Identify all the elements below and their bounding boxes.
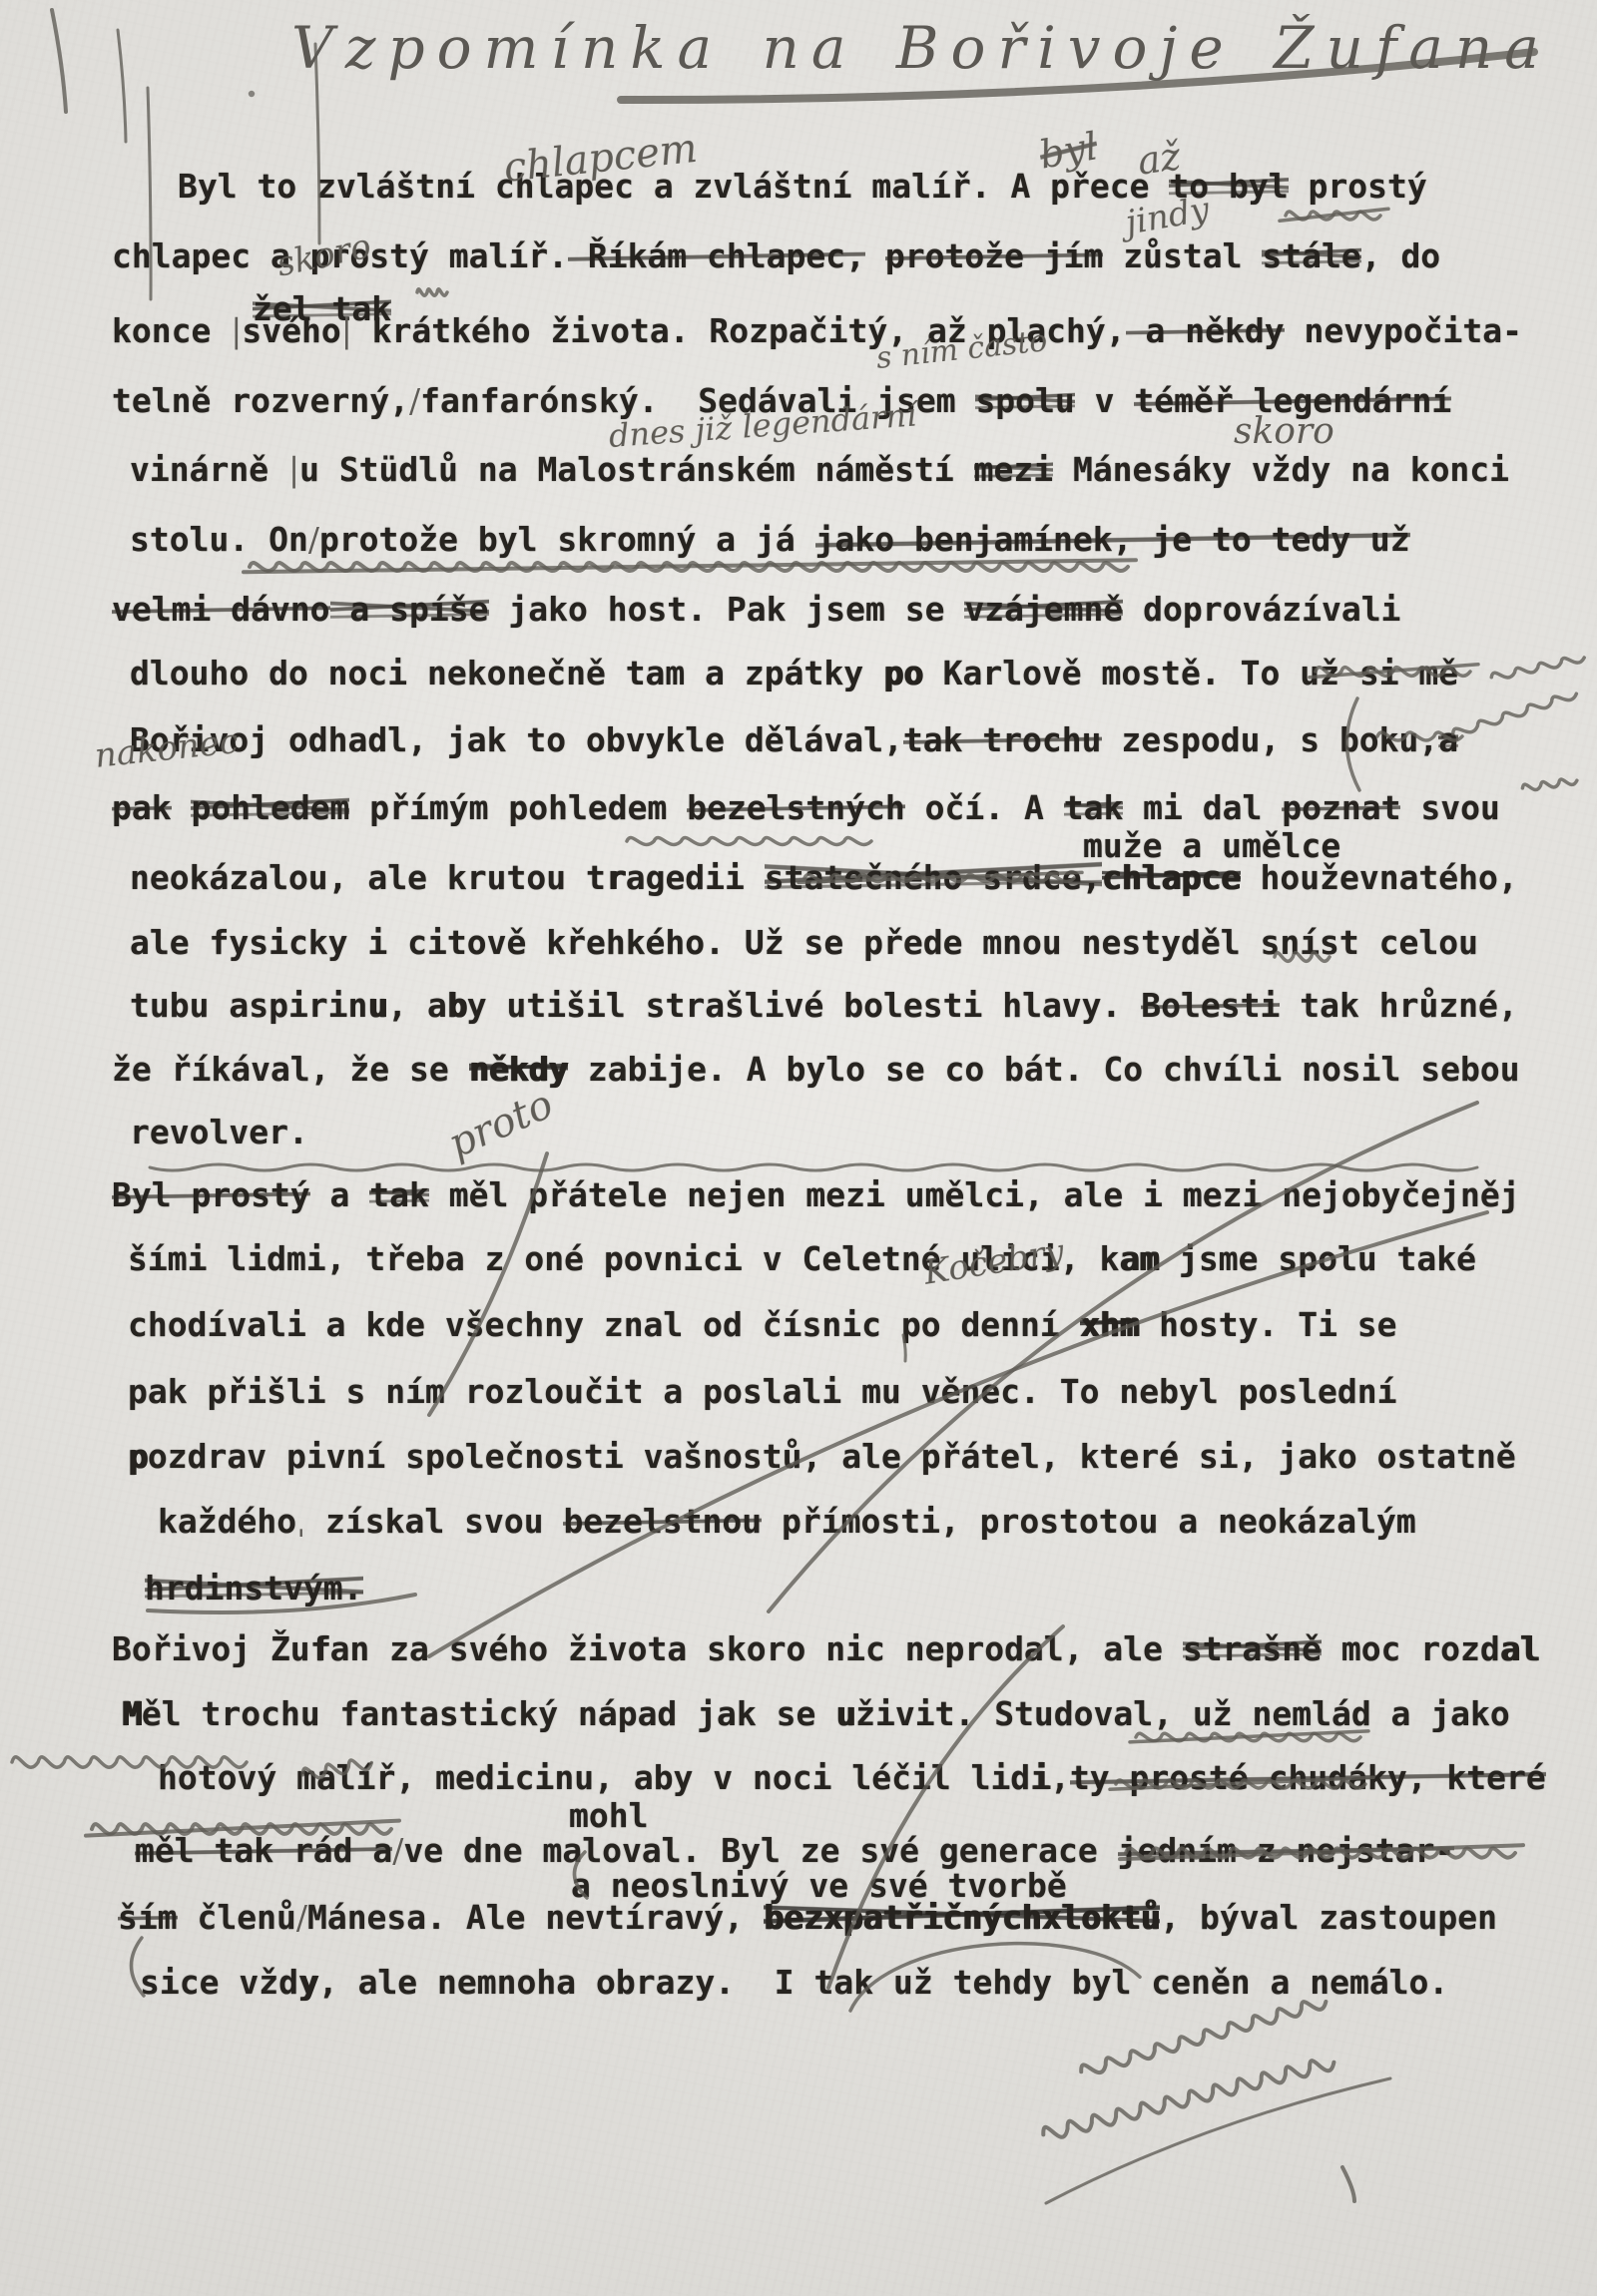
typed-line: mohl [569, 1797, 648, 1835]
pencil-stroke [52, 10, 66, 112]
typed-text: , do [1361, 237, 1440, 275]
typed-text: jsme spolu také [1159, 1240, 1476, 1278]
edited-typed-text: / [308, 521, 319, 559]
typed-text: tubu aspirin [130, 987, 367, 1025]
edited-typed-text: bezelstnou [563, 1503, 762, 1541]
edited-typed-text: někdy [469, 1051, 568, 1089]
typed-line: šími lidmi, třeba z oné povnici v Celetn… [128, 1240, 1476, 1278]
handwritten-scrawl [1451, 689, 1577, 737]
typed-text: a [310, 1176, 370, 1214]
typed-text: doprovázívali [1123, 591, 1400, 629]
edited-typed-text: strašně [1183, 1630, 1322, 1668]
edited-typed-text: protože jím [885, 237, 1104, 275]
typed-text: ěl trochu fantastický nápad jak se [142, 1695, 835, 1733]
pencil-stroke [1046, 2078, 1390, 2203]
typed-text: jako host. Pak jsem se [489, 591, 965, 629]
edited-typed-text: u [835, 1695, 855, 1733]
pencil-stroke [118, 30, 126, 142]
handwritten-scrawl [1136, 1733, 1360, 1741]
typed-text: telně rozverný, [112, 382, 409, 420]
typed-text: , ale nemnoha obrazy. I tak už tehdy byl… [318, 1964, 1448, 2002]
typed-text: získal svou [305, 1503, 563, 1541]
edited-typed-text: am [1119, 1240, 1159, 1278]
typed-line: Bořivoj Žufan za svého života skoro nic … [112, 1630, 1540, 1668]
edited-typed-text: pak [112, 789, 172, 827]
typed-text [865, 237, 885, 275]
typed-text: Mánesáky vždy na konci [1053, 451, 1509, 489]
edited-typed-text: měl tak rád a [135, 1832, 392, 1870]
pencil-dot [249, 91, 255, 97]
edited-typed-text: poznat [1282, 789, 1400, 827]
typed-line: Byl prostý a tak měl přátele nejen mezi … [112, 1176, 1520, 1214]
handwritten-scrawl [1042, 2056, 1335, 2141]
typed-line: chodívali a kde všechny znal od čísnic p… [128, 1306, 1397, 1344]
typed-text: Bořivoj odhadl, jak to obvykle dělával, [130, 721, 903, 759]
handwritten-scrawl [1491, 654, 1585, 681]
edited-typed-text: ším [118, 1899, 178, 1937]
typed-text: , a [387, 987, 447, 1025]
edited-typed-text: r [606, 859, 626, 897]
edited-typed-text: / [392, 1832, 403, 1870]
handwritten-annotation: skoro [273, 227, 374, 285]
typed-text: ve dne maloval. Byl ze své generace [403, 1832, 1117, 1870]
typed-text: živit. Studoval, už nemlád a jako [855, 1695, 1510, 1733]
edited-typed-text: al [1500, 1630, 1540, 1668]
pencil-strike [1280, 209, 1388, 221]
edited-typed-text: / [296, 1899, 307, 1937]
edited-typed-text: bezelstných [687, 789, 905, 827]
typed-text: zabije. A bylo se co bát. Co chvíli nosi… [568, 1051, 1520, 1089]
typed-text: ozdrav pivní společnosti vašnostů, ale p… [148, 1438, 1516, 1476]
edited-typed-text: jedním z nejstar- [1118, 1832, 1455, 1870]
edited-typed-text: Říkám chlapec, [568, 237, 865, 275]
typed-text: svou [1400, 789, 1499, 827]
typed-line: revolver. [130, 1114, 308, 1151]
typed-line: že říkával, že se někdy zabije. A bylo s… [112, 1051, 1520, 1089]
typed-text: neokázalou, ale krutou t [130, 859, 606, 897]
edited-typed-text: a někdy [1126, 312, 1285, 350]
typed-text: očí. A [905, 789, 1064, 827]
typed-text: svého [242, 312, 340, 350]
typed-text: an za svého života skoro nic neprodal, a… [330, 1630, 1183, 1668]
handwritten-scrawl [1080, 1996, 1328, 2077]
typed-text: chodívali a kde všechny znal od čísnic p… [128, 1306, 1080, 1344]
edited-typed-text: M [122, 1695, 142, 1733]
edited-typed-text: bezxpatřičnýchxloktů [764, 1899, 1160, 1937]
pencil-strike [244, 560, 1136, 572]
typed-text: agedii [626, 859, 765, 897]
typed-text: moc rozd [1322, 1630, 1500, 1668]
page-title-handwritten: Vzpomínka na Bořivoje Žufana [291, 14, 1551, 82]
pencil-strike-wavy [150, 1164, 1477, 1170]
typed-text: tak hrůzné, [1280, 987, 1517, 1025]
handwritten-annotation: skoro [1234, 411, 1334, 452]
typed-text: stolu. On [130, 521, 308, 559]
typed-line: Měl trochu fantastický nápad jak se uživ… [122, 1695, 1510, 1733]
typed-text: měl přátele nejen mezi umělci, ale i mez… [429, 1176, 1520, 1214]
edited-typed-text: jako benjamínek, je to tedy už [815, 521, 1410, 559]
edited-typed-text: tak trochu [903, 721, 1102, 759]
edited-typed-text: a [1438, 721, 1458, 759]
typed-text: Bořivoj Žu [112, 1630, 310, 1668]
edited-typed-text: po [883, 655, 923, 692]
edited-typed-text: vzájemně [964, 591, 1123, 629]
handwritten-annotation: proto [442, 1082, 560, 1167]
edited-typed-text: spolu [975, 382, 1074, 420]
typed-text: , býval zastoupen [1160, 1899, 1497, 1937]
typed-text: Karlově mostě. To už si mě [923, 655, 1458, 692]
typed-text: pak přišli s ním rozloučit a poslali mu … [128, 1373, 1397, 1411]
edited-typed-text: Byl prostý [112, 1176, 310, 1214]
typed-text: hosty. Ti se [1139, 1306, 1396, 1344]
edited-typed-text: stále [1262, 237, 1360, 275]
handwritten-scrawl [1522, 777, 1577, 792]
typed-text: vinárně [130, 451, 288, 489]
edited-typed-text: i [1030, 1759, 1050, 1797]
typed-text: dlouho do noci nekonečně tam a zpátky [130, 655, 883, 692]
edited-typed-text: b [447, 987, 467, 1025]
typed-line: sice vždy, ale nemnoha obrazy. I tak už … [140, 1964, 1448, 2002]
pencil-stroke [1342, 2167, 1354, 2201]
edited-typed-text: y [298, 1964, 318, 2002]
edited-typed-text: | [341, 312, 352, 350]
typed-line: vinárně |u Stüdlů na Malostránském náměs… [130, 451, 1509, 489]
typed-line: hrdinstvým. [145, 1570, 363, 1607]
typed-text: , [1050, 1759, 1070, 1797]
typed-line: Byl to zvláštní chlapec a zvláštní malíř… [178, 168, 1427, 206]
typed-text: houževnatého, [1241, 859, 1518, 897]
typed-text [172, 789, 192, 827]
typed-text: nevypočita- [1285, 312, 1522, 350]
typed-line: hotový malíř, medicinu, aby v noci léčil… [158, 1759, 1546, 1797]
typed-text: v [1075, 382, 1135, 420]
edited-typed-text: hrdinstvým. [145, 1570, 363, 1607]
edited-typed-text: ˌ [296, 1503, 305, 1541]
typed-text: mohl [569, 1797, 648, 1835]
typed-text: zůstal [1103, 237, 1262, 275]
typed-line: každéhoˌ získal svou bezelstnou přímosti… [158, 1503, 1416, 1541]
edited-typed-text: velmi dávno [112, 591, 330, 629]
edited-typed-text: tak [369, 1176, 429, 1214]
edited-typed-text: statečného srdce, [765, 859, 1102, 897]
typed-text: prostý [1289, 168, 1427, 206]
edited-typed-text: xhm [1080, 1306, 1140, 1344]
edited-typed-text: / [409, 382, 420, 420]
typed-text: přímým pohledem [349, 789, 687, 827]
typed-text: konce [112, 312, 231, 350]
typed-text: mi dal [1123, 789, 1282, 827]
typed-line: stolu. On/protože byl skromný a já jako … [130, 521, 1410, 559]
typed-text: hotový malíř, medicinu, aby v noci léčil… [158, 1759, 1030, 1797]
typed-line: neokázalou, ale krutou tragedii statečné… [130, 859, 1518, 897]
typed-text: Mánesa. Ale nevtíravý, [307, 1899, 764, 1937]
typed-line: pozdrav pivní společnosti vašnostů, ale … [128, 1438, 1516, 1476]
manuscript-page: Vzpomínka na Bořivoje Žufana Byl to zvlá… [0, 0, 1597, 2296]
edited-typed-text: pohledem [191, 789, 349, 827]
handwritten-scrawl [627, 838, 871, 845]
handwritten-scrawl [250, 563, 1128, 571]
typed-text: u Stüdlů na Malostránském náměstí [299, 451, 974, 489]
edited-typed-text: f [310, 1630, 330, 1668]
edited-typed-text: Bolesti [1141, 987, 1280, 1025]
typed-line: velmi dávno a spíše jako host. Pak jsem … [112, 591, 1400, 629]
handwritten-scrawl [1286, 212, 1380, 220]
handwritten-annotation: nakonec [93, 721, 241, 776]
handwritten-annotation: až [1135, 134, 1183, 184]
typed-line: pak pohledem přímým pohledem bezelstných… [112, 789, 1500, 827]
typed-line: Bořivoj odhadl, jak to obvykle dělával,t… [130, 721, 1458, 759]
edited-typed-text: tak [1064, 789, 1124, 827]
edited-typed-text: p [128, 1438, 148, 1476]
typed-text: y utišil strašlivé bolesti hlavy. [467, 987, 1142, 1025]
typed-line: ším členů/Mánesa. Ale nevtíravý, bezxpat… [118, 1899, 1497, 1937]
handwritten-scrawl [417, 289, 447, 295]
typed-text: protože byl skromný a já [319, 521, 815, 559]
typed-text: že říkával, že se [112, 1051, 469, 1089]
typed-text: každého [158, 1503, 296, 1541]
typed-line: tubu aspirinu, aby utišil strašlivé bole… [130, 987, 1518, 1025]
edited-typed-text: | [231, 312, 242, 350]
typed-line: pak přišli s ním rozloučit a poslali mu … [128, 1373, 1397, 1411]
typed-text: přímosti, prostotou a neokázalým [762, 1503, 1416, 1541]
edited-typed-text: | [288, 451, 299, 489]
edited-typed-text: a spíše [330, 591, 489, 629]
typed-line: dlouho do noci nekonečně tam a zpátky po… [130, 655, 1458, 692]
typed-text: zespodu, s boku, [1102, 721, 1439, 759]
edited-typed-text: chlapce [1102, 859, 1241, 897]
typed-text: sice vžd [140, 1964, 298, 2002]
edited-typed-text: ty prosté chudáky, které [1070, 1759, 1546, 1797]
typed-line: ale fysicky i citově křehkého. Už se pře… [130, 924, 1478, 962]
typed-line: konce |svého| krátkého života. Rozpačitý… [112, 312, 1522, 350]
typed-line: měl tak rád a/ve dne maloval. Byl ze své… [135, 1832, 1454, 1870]
typed-text: revolver. [130, 1114, 308, 1151]
edited-typed-text: mezi [974, 451, 1053, 489]
typed-text: členů [178, 1899, 296, 1937]
edited-typed-text: u [367, 987, 387, 1025]
typed-text: ale fysicky i citově křehkého. Už se pře… [130, 924, 1478, 962]
